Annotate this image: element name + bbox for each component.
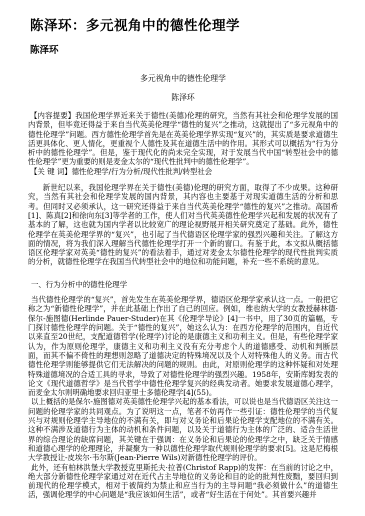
body-paragraph-2: 当代德性伦理学的“复兴”，首先发生在英美伦理学界，德语区伦理学家承认这一点。一般… (28, 295, 338, 397)
body-paragraph-4: 此外，还有柏林洪堡大学教授克里斯托夫·拉普(Christof Rapp)的发挥：… (28, 463, 338, 500)
article-author: 陈泽环 (28, 93, 338, 102)
article-page: 陈泽环：多元视角中的德性伦理学 陈泽环 多元视角中的德性伦理学 陈泽环 【内容提… (0, 0, 365, 516)
header-author: 陈泽环 (30, 45, 338, 57)
body-paragraph-3: 以上概括的是保尔-施图德对英美德性伦理学兴起的基本看法，可以说也是当代德语区关注… (28, 397, 338, 462)
section-1-heading: 一、行为分析中的德性伦理学 (28, 280, 338, 289)
abstract-paragraph: 【内容提要】我国伦理学界近来关于德性(美德)伦理的研究，当然有其社会和伦理学发展… (28, 111, 338, 167)
article-title: 多元视角中的德性伦理学 (28, 74, 338, 83)
keywords-line: 【关 键 词】德性伦理学/行为分析/现代性批判/转型社会 (28, 167, 338, 176)
intro-paragraph: 新世纪以来，我国伦理学界在关于德性(美德)伦理的研究方面，取得了不少成果。这种研… (28, 183, 338, 267)
page-title: 陈泽环：多元视角中的德性伦理学 (30, 18, 338, 35)
